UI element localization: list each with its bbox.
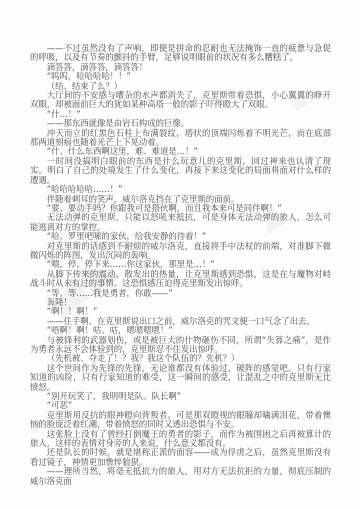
paragraph: “等、等……我是勇者，你敢——” — [30, 289, 331, 298]
paragraph: 这个世间作为先锋的先锋，无论谁都没有体验过，破阵的感觉吧。只有行家知道的凶险，只… — [30, 364, 331, 392]
paragraph: 克里斯用反抗的眼神瞪向背叛者。可是那双瞪视的眼瞳却噙满泪花，带着懊恼的脸庞泛着红… — [30, 411, 331, 430]
paragraph: 对克里斯的话感到不耐烦的威尔洛克，直接将手中法杖的前端，对准脚下微微闪烁的阵图，… — [30, 242, 331, 261]
paragraph: 与被锋利的武器划伤，或是被巨大的什物砸伤不同，所谓“失算之痛”，是作为勇者永远不… — [30, 336, 331, 355]
paragraph: 一时间没搞明白眼前的东西是什么玩意儿的克里斯，回过神来也认清了现实，明白了自己的… — [30, 157, 331, 185]
paragraph: 大厅间的不安感与嘈杂的水声都消失了，克里斯带着恐惧，小心翼翼的睁开双眼，却被面前… — [30, 91, 331, 110]
paragraph: 无法动弹的克里斯，只能以怒吼来抵抗，可是身体无法动弹的旅人，怎么可能逃离对方的掌… — [30, 213, 331, 232]
paragraph: “别开玩笑了，我明明是队、队长啊” — [30, 392, 331, 401]
paragraph: 冲天而立的红黑色石柱上布满裂纹，塔状的顶端闪烁着不明光芒，而在底部那两道刻痕也随… — [30, 129, 331, 148]
paragraph: ——不过虽然没有了声响，即便是拼命的忍耐也无法掩饰一直的疲惫与急促的呼吸，以及有… — [30, 44, 331, 63]
paragraph: 这张脸上没有了曾经打倒魔王的勇者的影子，而作为被围困之后再被算计的旅人，这样的表… — [30, 430, 331, 449]
paragraph: ——理所当然，将毫无抵抗力的旅人，用对方无法抗拒的力量，彻底压制的威尔洛克面 — [30, 467, 331, 486]
paragraph: 从脚下传来的震动，散发出的热量，让克里斯感到恐惧，这是在与魔物对峙战斗时从未有过… — [30, 270, 331, 289]
novel-text-page: ——不过虽然没有了声响，即便是拼命的忍耐也无法掩饰一直的疲惫与急促的呼吸，以及有… — [30, 44, 331, 486]
paragraph: 还是队长的时候，就是堪称正派的面容——成为俘虏之后，虽然克里斯没有看过镜子，神情… — [30, 448, 331, 467]
